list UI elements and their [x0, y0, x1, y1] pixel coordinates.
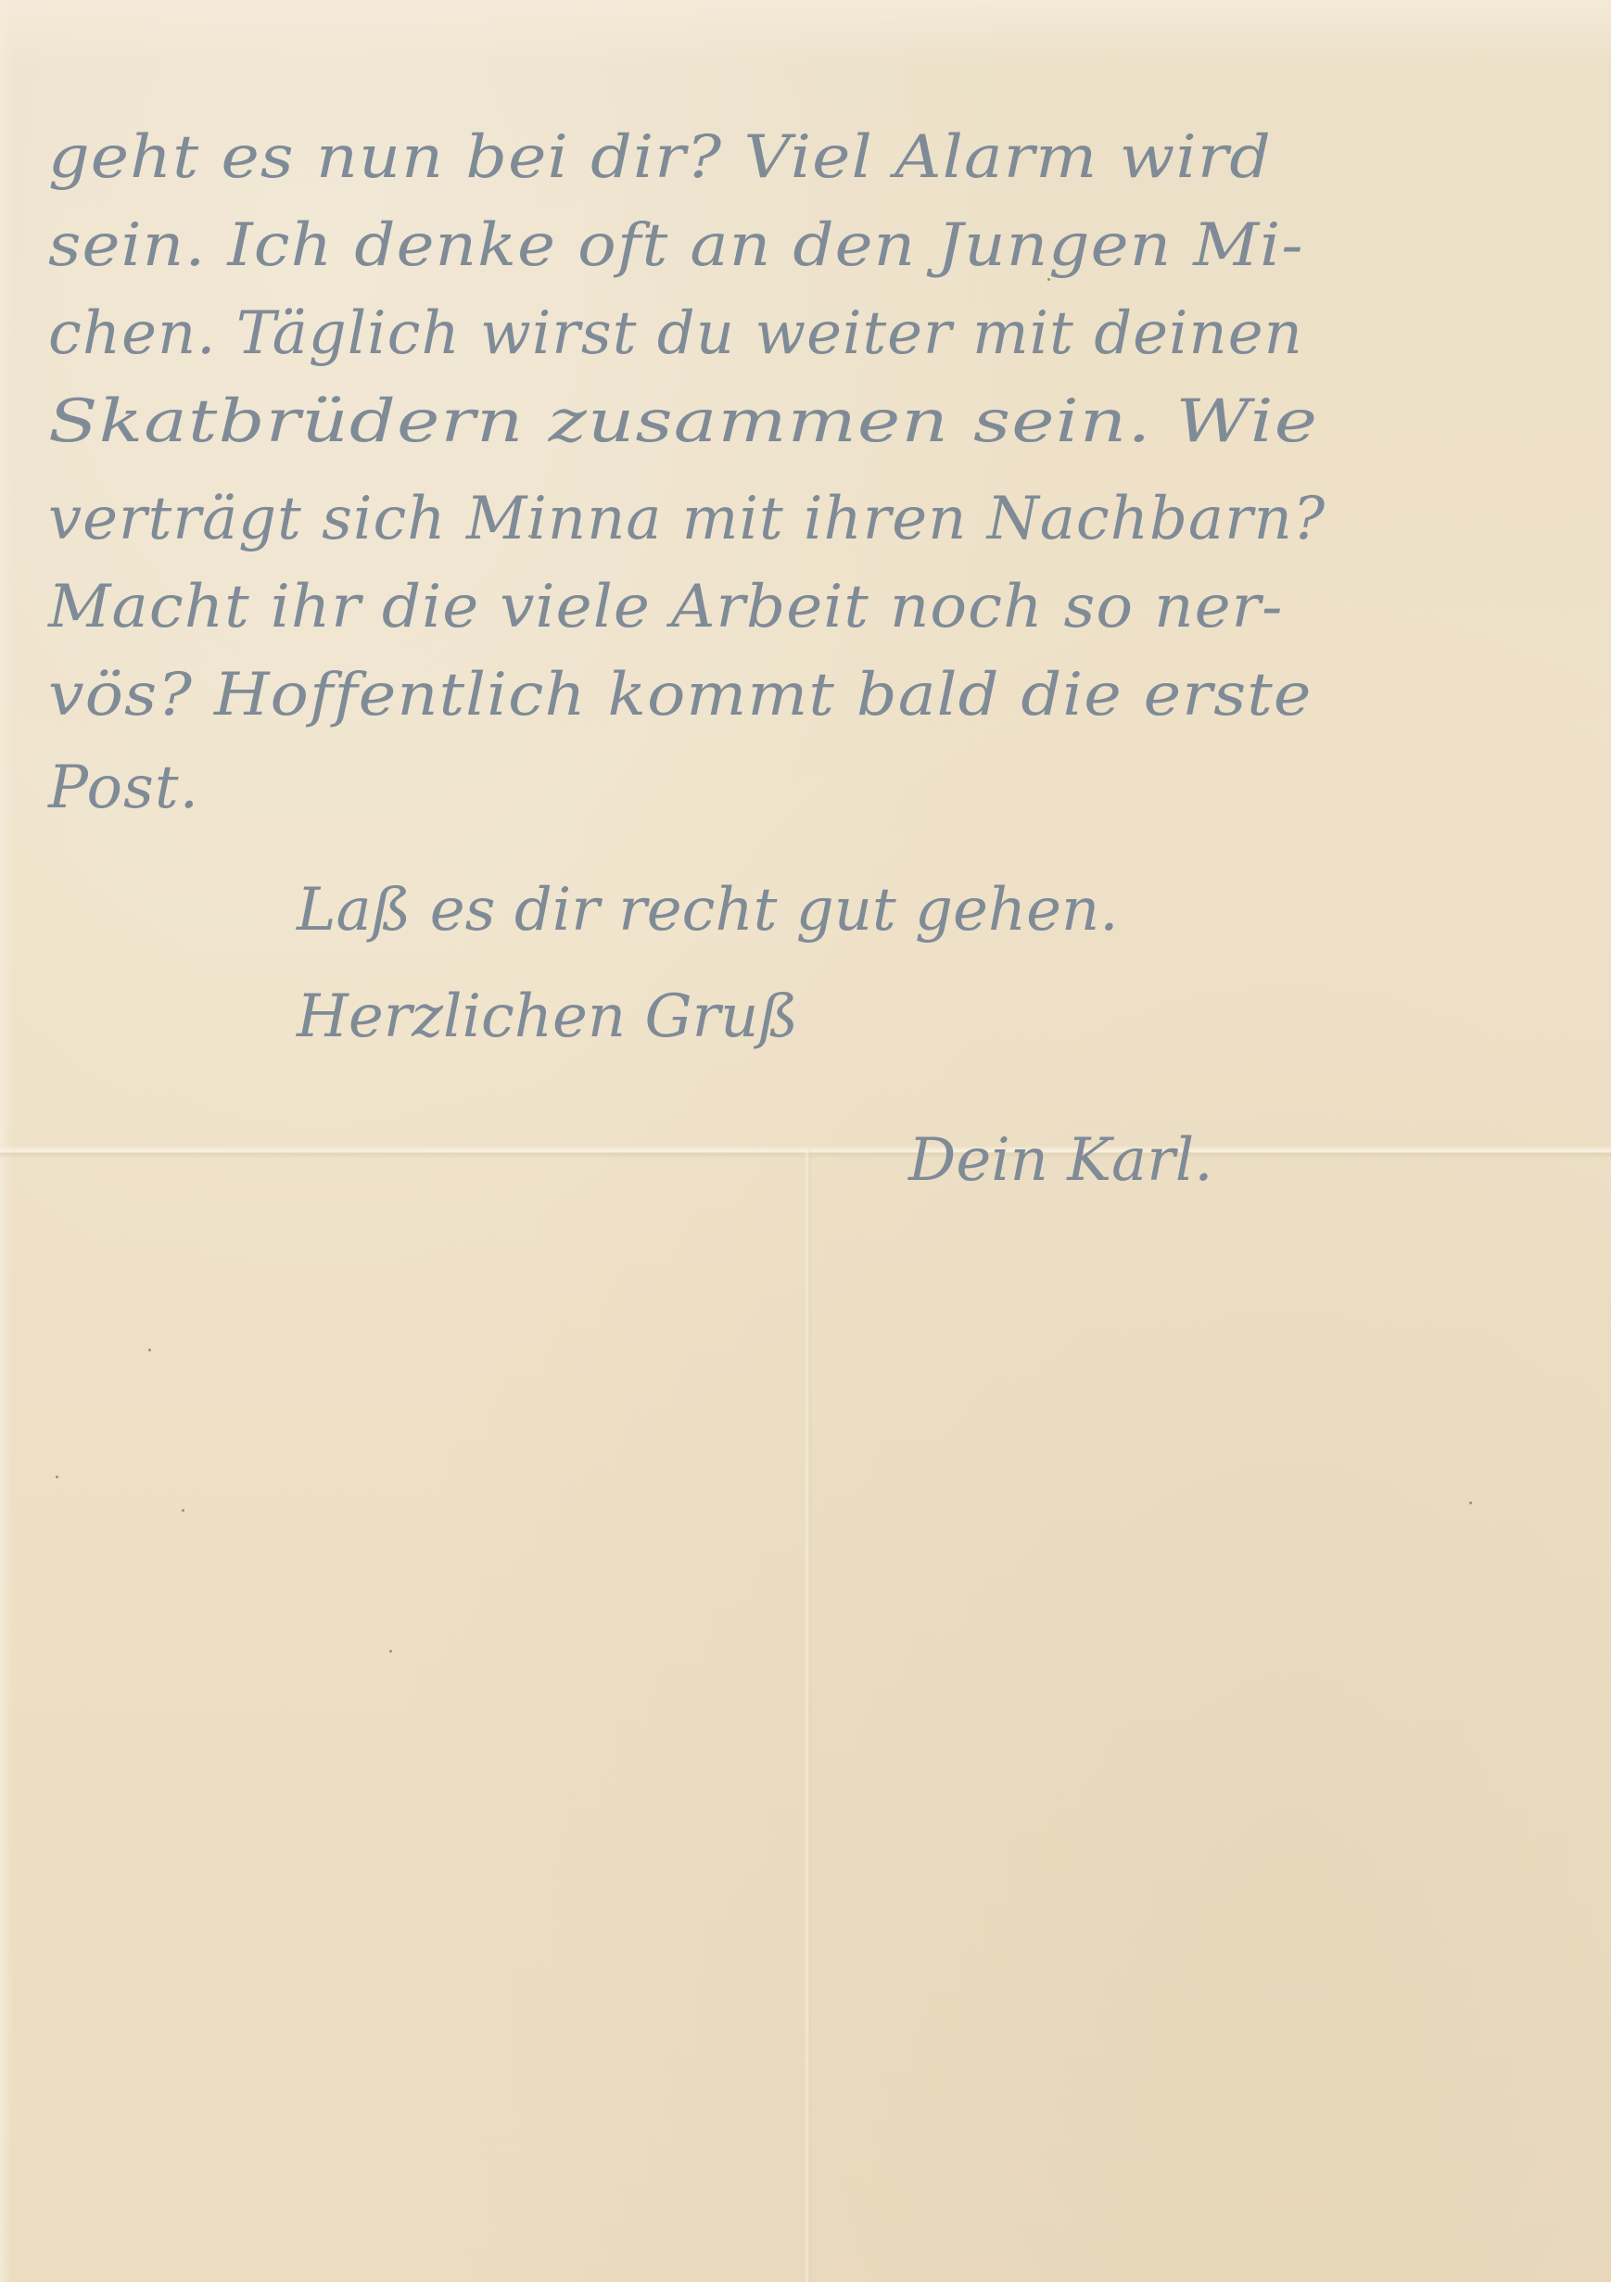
closing-greeting: Herzlichen Gruß [297, 983, 798, 1051]
letter-line: geht es nun bei dir? Viel Alarm wird [48, 128, 1272, 187]
letter-line: verträgt sich Minna mit ihren Nachbarn? [48, 489, 1326, 549]
letter-line: Skatbrüdern zusammen sein. Wie [48, 392, 1318, 451]
signature: Dein Karl. [908, 1126, 1213, 1195]
letter-line: vös? Hoffentlich kommt bald die erste [48, 666, 1312, 725]
closing-wish: Laß es dir recht gut gehen. [297, 876, 1119, 945]
vertical-fold-crease [805, 1149, 812, 2282]
letter-page: geht es nun bei dir? Viel Alarm wird sei… [0, 0, 1611, 2282]
letter-line: sein. Ich denke oft an den Jungen Mi- [48, 216, 1304, 275]
letter-line: Macht ihr die viele Arbeit noch so ner- [48, 577, 1283, 637]
paper-speck [148, 1349, 151, 1351]
paper-edge-left [0, 0, 13, 2282]
paper-speck [56, 1476, 58, 1478]
paper-speck [389, 1650, 392, 1653]
letter-line: Post. [48, 758, 199, 818]
letter-line: chen. Täglich wirst du weiter mit deinen [48, 304, 1303, 363]
paper-speck [182, 1509, 184, 1512]
paper-edge-top [0, 0, 1611, 65]
paper-speck [1469, 1502, 1472, 1504]
